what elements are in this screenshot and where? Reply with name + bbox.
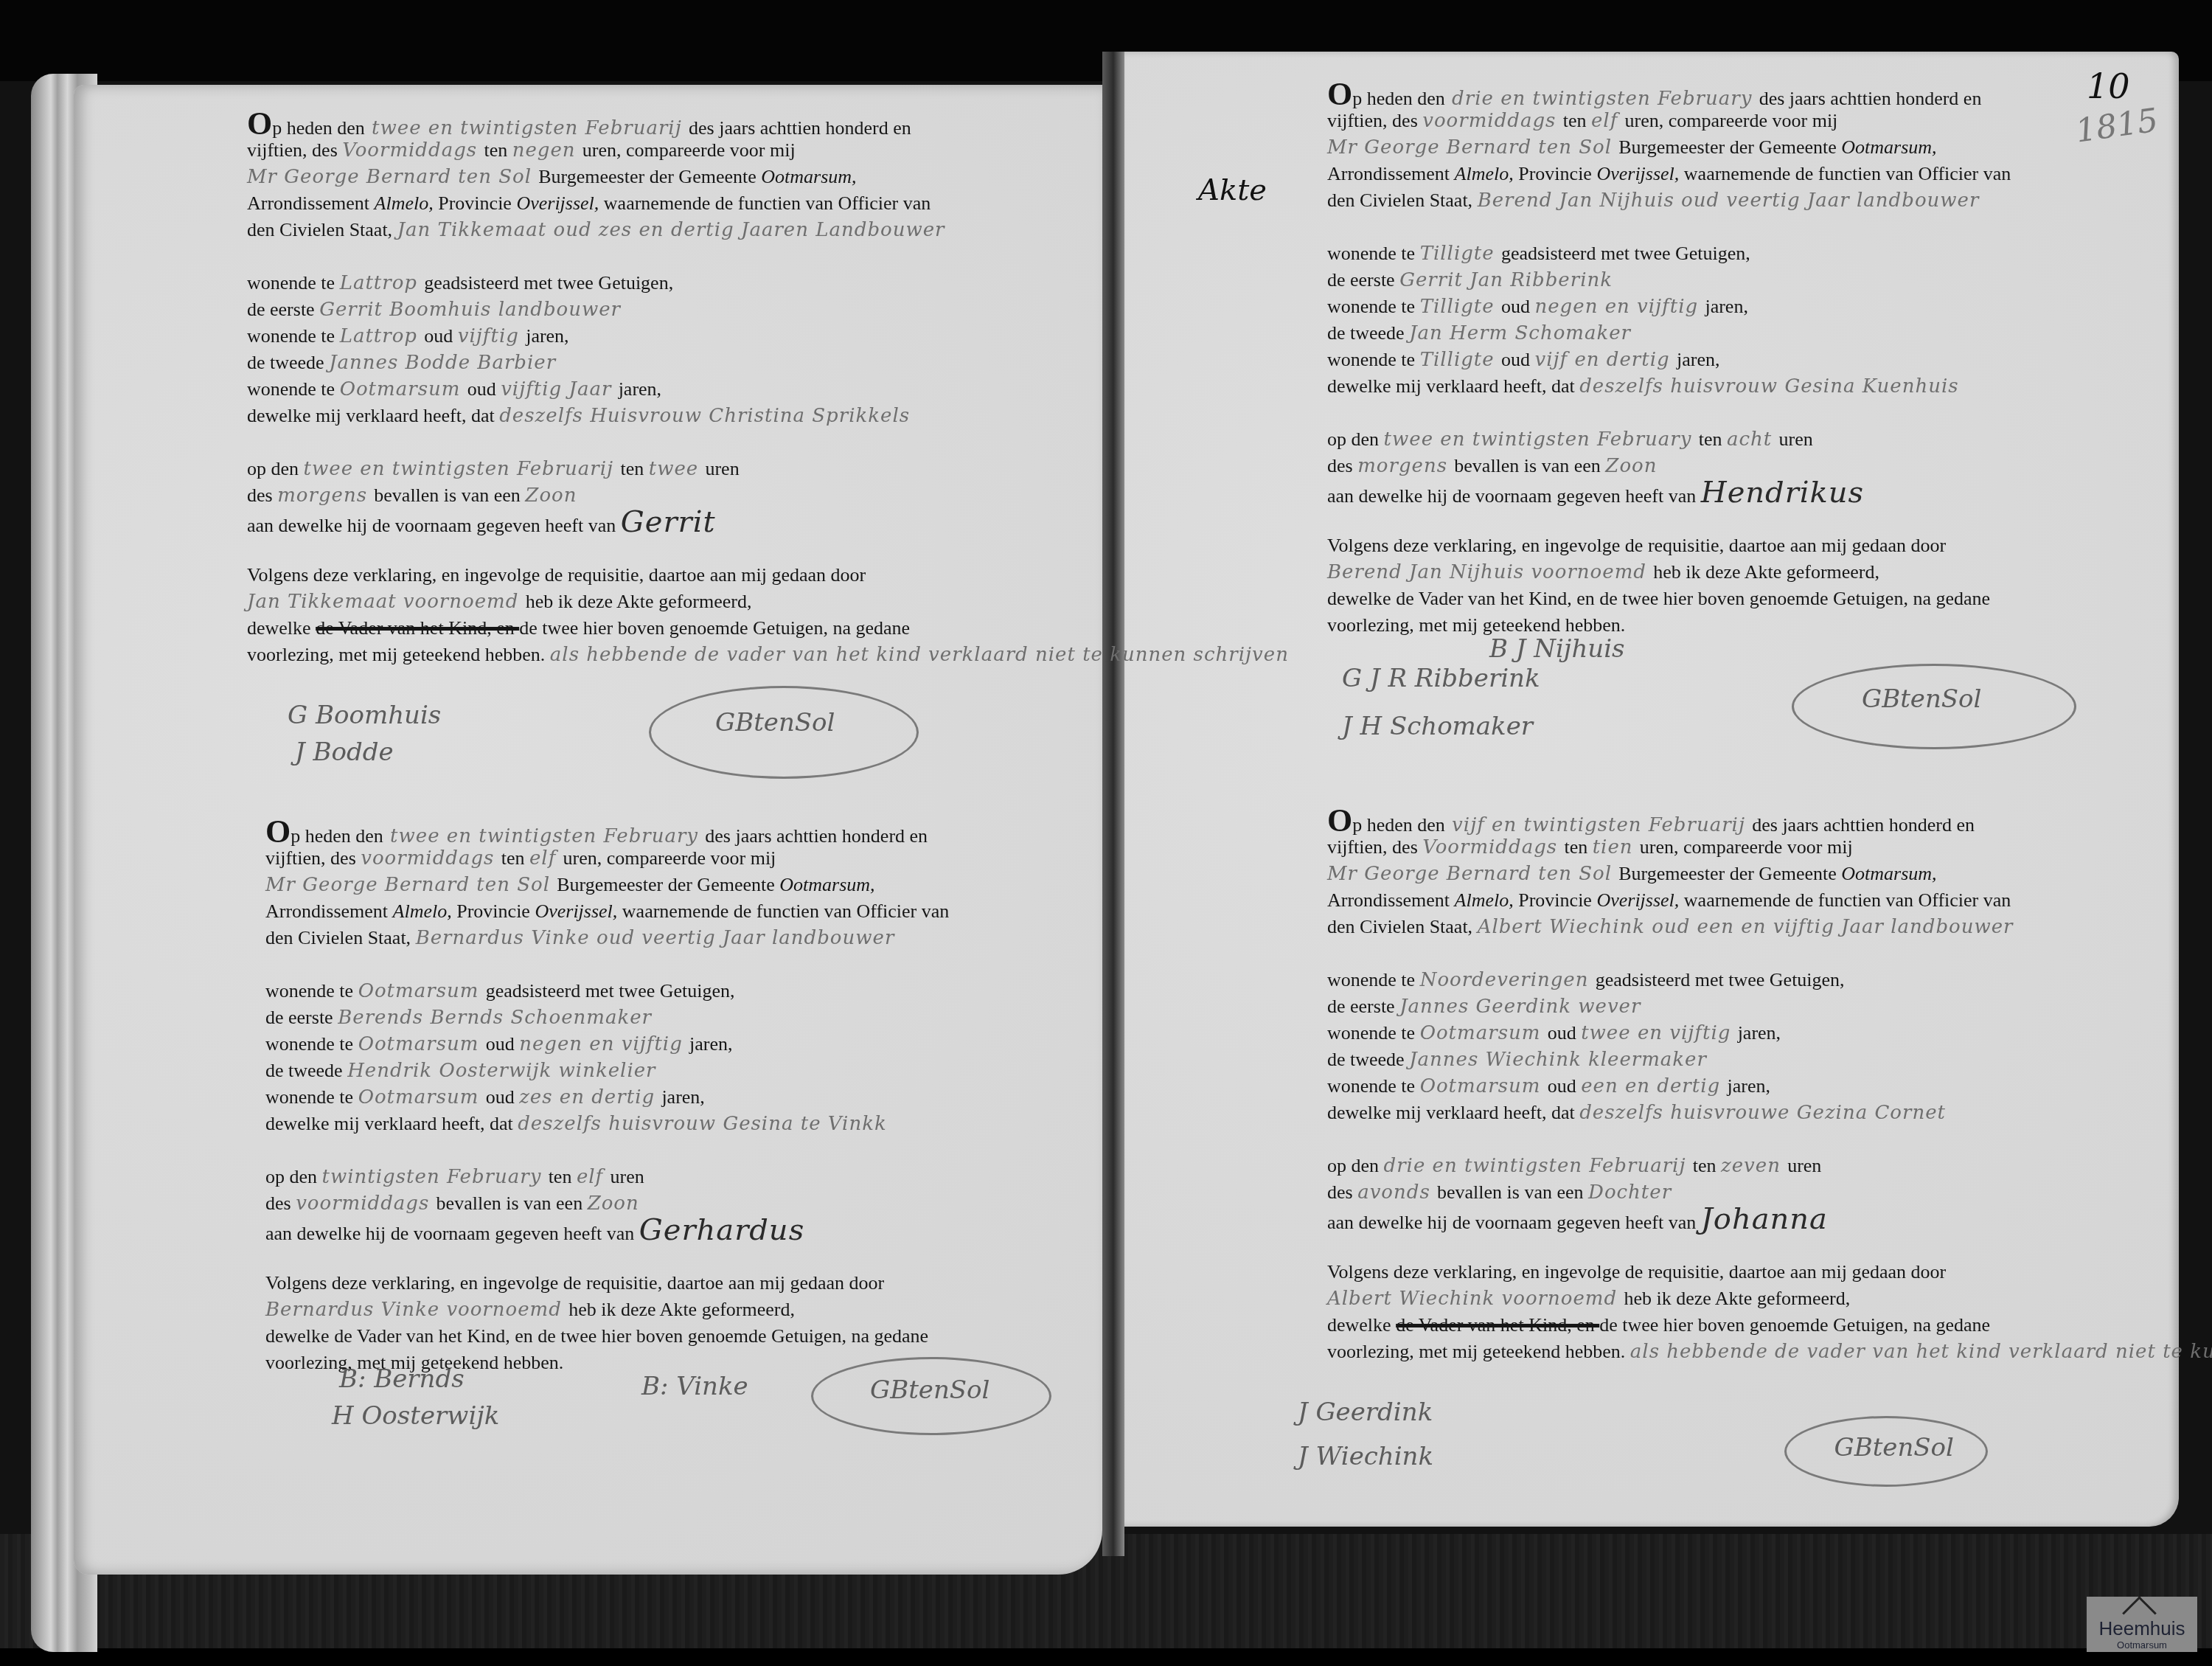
form-line: wonende te Tilligte geadsisteerd met twe…	[1327, 240, 2011, 267]
printed-text: jaren,	[661, 1086, 704, 1108]
printed-text: de eerste	[247, 299, 319, 320]
witness2-field: Hendrik Oosterwijk winkelier	[347, 1060, 655, 1082]
child-sex-field: Zoon	[1605, 455, 1657, 477]
form-line: aan dewelke hij de voornaam gegeven heef…	[1327, 479, 2011, 506]
mother-field: deszelfs Huisvrouw Christina Sprikkels	[499, 405, 910, 427]
witness1-age: negen en vijftig	[519, 1033, 689, 1055]
printed-text: wonende te	[247, 272, 340, 294]
witness2-residence: Ootmarsum	[358, 1086, 486, 1108]
mother-field: deszelfs huisvrouw Gesina Kuenhuis	[1579, 375, 1958, 398]
printed-text: aan dewelke hij de voornaam	[265, 1223, 495, 1244]
printed-text: Volgens deze verklaring, en ingevolge de…	[265, 1272, 884, 1294]
requisition-field: Bernardus Vinke voornoemd	[265, 1299, 568, 1321]
form-line	[247, 429, 1289, 456]
arrondissement: Almelo,	[1455, 163, 1519, 184]
municipality: Ootmarsum,	[1841, 863, 1936, 884]
birth-hour-field: acht	[1727, 428, 1779, 451]
printed-text: gegeven heeft van	[1557, 485, 1701, 507]
father-clause: de Vader van het Kind, en	[334, 1325, 538, 1347]
form-line: Albert Wiechink voornoemd heb ik deze Ak…	[1327, 1285, 2212, 1312]
form-line: Bernardus Vinke voornoemd heb ik deze Ak…	[265, 1297, 949, 1323]
printed-text: des	[1327, 455, 1357, 476]
printed-text: vijftien, des	[1327, 836, 1422, 858]
printed-text: bevallen is van een	[1454, 455, 1605, 476]
father-clause: de Vader van het Kind, en	[316, 617, 519, 639]
child-sex-field: Zoon	[525, 485, 577, 507]
witness1-residence: Ootmarsum	[1420, 1022, 1548, 1044]
printed-text: voorlezing, met mij geteekend hebben.	[1327, 1341, 1630, 1362]
witness2-age: zes en dertig	[519, 1086, 661, 1108]
witness2-residence: Ootmarsum	[1420, 1075, 1548, 1097]
form-line: wonende te Ootmarsum oud zes en dertig j…	[265, 1084, 949, 1111]
printed-text: oud	[486, 1033, 520, 1055]
form-line: den Civielen Staat, Berend Jan Nijhuis o…	[1327, 187, 2011, 214]
birth-time-of-day: voormiddags	[296, 1193, 436, 1215]
printed-text: waarnemende de functien van Officier van	[622, 900, 949, 922]
printed-text: wonende te	[1327, 243, 1420, 264]
form-line: Mr George Bernard ten Sol Burgemeester d…	[247, 164, 1289, 190]
printed-text: ten	[1564, 836, 1592, 858]
requisition-field: Jan Tikkemaat voornoemd	[247, 591, 526, 613]
witness2-age: vijf en dertig	[1534, 349, 1676, 371]
birth-hour-field: twee	[649, 458, 706, 480]
printed-text: uren	[1787, 1155, 1821, 1176]
mayor-signature: GBtenSol	[715, 708, 835, 737]
form-line: Berend Jan Nijhuis voornoemd heb ik deze…	[1327, 559, 2011, 586]
printed-text: ten	[501, 847, 529, 869]
printed-text: uren	[705, 458, 739, 479]
printed-text: op den	[265, 1166, 322, 1187]
printed-text: Burgemeester der Gemeente	[1618, 136, 1841, 158]
printed-text: geadsisteerd met twee Getuigen,	[1501, 243, 1750, 264]
form-line: Arrondissement Almelo, Provincie Overijs…	[1327, 161, 2011, 187]
printed-text: oud	[486, 1086, 520, 1108]
drop-cap: O	[1327, 802, 1352, 839]
printed-text: de eerste	[1327, 269, 1399, 291]
printed-text: den Civielen Staat,	[265, 927, 416, 948]
printed-text: waarnemende de functien van Officier van	[1684, 163, 2011, 184]
witness-signature: G J R Ribberink	[1342, 664, 1540, 693]
printed-text: voorlezing, met mij geteekend hebben.	[1327, 614, 1625, 636]
form-line: Arrondissement Almelo, Provincie Overijs…	[247, 190, 1289, 217]
birth-date-field: twintigsten February	[322, 1166, 549, 1188]
printed-text: op den	[1327, 428, 1384, 450]
witness-signature: H Oosterwijk	[332, 1401, 499, 1431]
declarant-field: Albert Wiechink oud een en vijftig Jaar …	[1478, 916, 2014, 938]
birth-time-of-day: avonds	[1357, 1181, 1437, 1204]
printed-text: oud	[1548, 1022, 1582, 1044]
printed-text: uren, compareerde voor mij	[582, 139, 796, 161]
printed-text: Provincie	[1518, 163, 1596, 184]
birth-hour-field: elf	[577, 1166, 611, 1188]
witness2-field: Jan Herm Schomaker	[1409, 322, 1631, 344]
form-line: dewelke de Vader van het Kind, en de twe…	[247, 615, 1289, 642]
printed-text: gegeven heeft van	[1557, 1212, 1701, 1233]
birth-time-of-day: morgens	[1357, 455, 1454, 477]
printed-text: ten	[484, 139, 512, 161]
form-line: Op heden den vijf en twintigsten Februar…	[1327, 808, 2212, 834]
bottom-border	[0, 1648, 2212, 1666]
printed-text: des jaars achttien honderd en	[705, 825, 928, 847]
printed-text: p heden den	[291, 825, 383, 847]
form-line: aan dewelke hij de voornaam gegeven heef…	[247, 509, 1289, 535]
printed-text: Volgens deze verklaring, en ingevolge de…	[247, 564, 866, 586]
witness2-age: een en dertig	[1581, 1075, 1727, 1097]
witness-signature: G Boomhuis	[288, 701, 441, 730]
birth-record-3: Op heden den drie en twintigsten Februar…	[1327, 81, 2011, 639]
mayor-signature: GBtenSol	[870, 1375, 990, 1405]
printed-text: Volgens deze verklaring, en ingevolge de…	[1327, 535, 1946, 556]
printed-text: de twee hier boven genoemde Getuigen, na…	[1599, 588, 1990, 609]
date-field: vijf en twintigsten Februarij	[1445, 814, 1752, 836]
printed-text: wonende te	[1327, 1075, 1420, 1097]
witness1-residence: Lattrop	[340, 325, 425, 347]
witness-signature: B J Nijhuis	[1489, 634, 1625, 664]
form-line: Op heden den twee en twintigsten Februar…	[265, 819, 949, 845]
printed-text: aan dewelke hij de voornaam	[247, 515, 476, 536]
form-line: dewelke de Vader van het Kind, en de twe…	[1327, 1312, 2212, 1339]
form-line: dewelke mij verklaard heeft, dat deszelf…	[265, 1111, 949, 1137]
printed-text: dewelke mij verklaard heeft, dat	[1327, 375, 1579, 397]
form-line: de tweede Jannes Wiechink kleermaker	[1327, 1047, 2212, 1073]
printed-text: wonende te	[247, 325, 340, 347]
printed-text: wonende te	[265, 1033, 358, 1055]
printed-text: de eerste	[1327, 996, 1399, 1017]
printed-text: waarnemende de functien van Officier van	[1684, 889, 2011, 911]
form-line: des morgens bevallen is van een Zoon	[247, 482, 1289, 509]
birth-time-of-day: morgens	[277, 485, 374, 507]
note-field: als hebbende de vader van het kind verkl…	[1630, 1341, 2212, 1363]
printed-text: oud	[424, 325, 458, 347]
form-line: den Civielen Staat, Jan Tikkemaat oud ze…	[247, 217, 1289, 243]
printed-text: Arrondissement	[247, 192, 375, 214]
form-line: Mr George Bernard ten Sol Burgemeester d…	[1327, 861, 2212, 887]
form-line: de eerste Gerrit Boomhuis landbouwer	[247, 296, 1289, 323]
printed-text: des jaars achttien honderd en	[1752, 814, 1975, 836]
printed-text: dewelke	[1327, 588, 1396, 609]
form-line: de tweede Hendrik Oosterwijk winkelier	[265, 1058, 949, 1084]
arrondissement: Almelo,	[375, 192, 439, 214]
witness1-field: Gerrit Jan Ribberink	[1399, 269, 1613, 291]
form-line: dewelke de Vader van het Kind, en de twe…	[265, 1323, 949, 1350]
witness1-age: negen en vijftig	[1534, 296, 1705, 318]
form-line: wonende te Lattrop oud vijftig jaren,	[247, 323, 1289, 350]
arrondissement: Almelo,	[1455, 889, 1519, 911]
printed-text: gegeven heeft van	[495, 1223, 639, 1244]
form-line: wonende te Lattrop geadsisteerd met twee…	[247, 270, 1289, 296]
form-line: wonende te Tilligte oud vijf en dertig j…	[1327, 347, 2011, 373]
hour-field: elf	[529, 847, 563, 870]
child-sex-field: Zoon	[588, 1193, 639, 1215]
child-name-field: Gerhardus	[639, 1213, 804, 1247]
witness2-field: Jannes Wiechink kleermaker	[1409, 1049, 1707, 1071]
residence-field: Lattrop	[340, 272, 425, 294]
form-line: de tweede Jannes Bodde Barbier	[247, 350, 1289, 376]
witness-signature: B: Vinke	[641, 1372, 748, 1401]
witness-signature: J Wiechink	[1298, 1442, 1433, 1471]
printed-text: dewelke	[265, 1325, 334, 1347]
drop-cap: O	[247, 105, 272, 142]
printed-text: ten	[1699, 428, 1727, 450]
printed-text: oud	[467, 378, 501, 400]
date-field: twee en twintigsten February	[383, 825, 705, 847]
municipality: Ootmarsum,	[761, 166, 856, 187]
printed-text: dewelke mij verklaard heeft, dat	[247, 405, 499, 426]
declarant-field: Berend Jan Nijhuis oud veertig Jaar land…	[1478, 190, 1980, 212]
form-line	[1327, 214, 2011, 240]
printed-text: den Civielen Staat,	[1327, 916, 1478, 937]
printed-text: uren	[1779, 428, 1813, 450]
printed-text: heb ik deze Akte geformeerd,	[526, 591, 752, 612]
form-line: voorlezing, met mij geteekend hebben. al…	[1327, 1339, 2212, 1365]
printed-text: den Civielen Staat,	[1327, 190, 1478, 211]
printed-text: voorlezing, met mij geteekend hebben.	[247, 644, 550, 665]
printed-text: dewelke mij verklaard heeft, dat	[1327, 1102, 1579, 1123]
printed-text: des jaars achttien honderd en	[689, 117, 911, 139]
birth-date-field: twee en twintigsten February	[1384, 428, 1699, 451]
printed-text: uren	[610, 1166, 644, 1187]
printed-text: aan dewelke hij de voornaam	[1327, 485, 1557, 507]
printed-text: des	[247, 485, 277, 506]
printed-text: oud	[1501, 296, 1535, 317]
form-line: des voormiddags bevallen is van een Zoon	[265, 1190, 949, 1217]
printed-text: dewelke	[1327, 1314, 1396, 1336]
father-clause: de Vader van het Kind, en	[1396, 1314, 1599, 1336]
printed-text: den Civielen Staat,	[247, 219, 397, 240]
printed-text: uren, compareerde voor mij	[563, 847, 776, 869]
printed-text: uren, compareerde voor mij	[1625, 110, 1838, 131]
form-line: den Civielen Staat, Albert Wiechink oud …	[1327, 914, 2212, 940]
printed-text: aan dewelke hij de voornaam	[1327, 1212, 1557, 1233]
form-line: voorlezing, met mij geteekend hebben.	[1327, 612, 2011, 639]
hour-field: elf	[1591, 110, 1625, 132]
birth-record-4: Op heden den vijf en twintigsten Februar…	[1327, 808, 2212, 1365]
printed-text: Provincie	[1518, 889, 1596, 911]
form-line: de eerste Gerrit Jan Ribberink	[1327, 267, 2011, 294]
form-line: wonende te Ootmarsum oud een en dertig j…	[1327, 1073, 2212, 1100]
witness1-residence: Ootmarsum	[358, 1033, 486, 1055]
form-line	[265, 1137, 949, 1164]
arrondissement: Almelo,	[393, 900, 457, 922]
printed-text: Arrondissement	[265, 900, 393, 922]
child-sex-field: Dochter	[1588, 1181, 1672, 1204]
form-line: vijftien, des Voormiddags ten negen uren…	[247, 137, 1289, 164]
printed-text: uren, compareerde voor mij	[1640, 836, 1853, 858]
printed-text: Arrondissement	[1327, 163, 1455, 184]
printed-text: oud	[1501, 349, 1535, 370]
witness1-field: Berends Bernds Schoenmaker	[338, 1007, 652, 1029]
official-field: Mr George Bernard ten Sol	[1327, 863, 1618, 885]
province: Overijssel,	[1596, 163, 1683, 184]
form-line: wonende te Ootmarsum oud twee en vijftig…	[1327, 1020, 2212, 1047]
birth-record-1: Op heden den twee en twintigsten Februar…	[247, 111, 1289, 668]
municipality: Ootmarsum,	[1841, 136, 1936, 158]
form-line	[265, 1243, 949, 1270]
printed-text: jaren,	[526, 325, 568, 347]
printed-text: bevallen is van een	[374, 485, 525, 506]
printed-text: de twee hier boven genoemde Getuigen, na…	[538, 1325, 928, 1347]
form-line: wonende te Tilligte oud negen en vijftig…	[1327, 294, 2011, 320]
witness2-field: Jannes Bodde Barbier	[329, 352, 556, 374]
printed-text: heb ik deze Akte geformeerd,	[1653, 561, 1879, 583]
form-line: de tweede Jan Herm Schomaker	[1327, 320, 2011, 347]
printed-text: heb ik deze Akte geformeerd,	[568, 1299, 795, 1320]
printed-text: op den	[1327, 1155, 1384, 1176]
printed-text: p heden den	[1352, 814, 1445, 836]
residence-field: Ootmarsum	[358, 980, 486, 1002]
witness1-age: vijftig	[458, 325, 526, 347]
printed-text: wonende te	[1327, 349, 1420, 370]
form-line	[1327, 940, 2212, 967]
printed-text: de tweede	[1327, 1049, 1409, 1070]
declarant-field: Bernardus Vinke oud veertig Jaar landbou…	[416, 927, 895, 949]
child-name-field: Gerrit	[621, 505, 716, 539]
printed-text: de twee hier boven genoemde Getuigen, na…	[519, 617, 910, 639]
printed-text: geadsisteerd met twee Getuigen,	[424, 272, 673, 294]
form-line	[1327, 506, 2011, 532]
witness2-age: vijftig Jaar	[501, 378, 618, 400]
form-line	[247, 243, 1289, 270]
form-line: de eerste Jannes Geerdink wever	[1327, 993, 2212, 1020]
printed-text: waarnemende de functien van Officier van	[604, 192, 931, 214]
hour-field: negen	[512, 139, 582, 162]
printed-text: ten	[1693, 1155, 1721, 1176]
time-of-day-field: voormiddags	[361, 847, 501, 870]
printed-text: jaren,	[1738, 1022, 1781, 1044]
printed-text: wonende te	[1327, 1022, 1420, 1044]
printed-text: de tweede	[265, 1060, 347, 1081]
residence-field: Tilligte	[1420, 243, 1501, 265]
official-field: Mr George Bernard ten Sol	[247, 166, 538, 188]
form-line: Arrondissement Almelo, Provincie Overijs…	[1327, 887, 2212, 914]
form-line: des morgens bevallen is van een Zoon	[1327, 453, 2011, 479]
form-line: voorlezing, met mij geteekend hebben. al…	[247, 642, 1289, 668]
drop-cap: O	[1327, 76, 1352, 112]
printed-text: ten	[620, 458, 648, 479]
form-line: op den twee en twintigsten February ten …	[1327, 426, 2011, 453]
form-line: Op heden den twee en twintigsten Februar…	[247, 111, 1289, 137]
mother-field: deszelfs huisvrouwe Gezina Cornet	[1579, 1102, 1946, 1124]
form-line	[1327, 400, 2011, 426]
form-line: wonende te Ootmarsum oud vijftig Jaar ja…	[247, 376, 1289, 403]
form-line: dewelke mij verklaard heeft, dat deszelf…	[1327, 1100, 2212, 1126]
form-line	[247, 535, 1289, 562]
printed-text: vijftien, des	[247, 139, 342, 161]
printed-text: Burgemeester der Gemeente	[1618, 863, 1841, 884]
printed-text: de tweede	[247, 352, 329, 373]
province: Overijssel,	[1596, 889, 1683, 911]
printed-text: gegeven heeft van	[476, 515, 621, 536]
witness1-age: twee en vijftig	[1581, 1022, 1738, 1044]
printed-text: jaren,	[619, 378, 661, 400]
heemhuis-logo: Heemhuis Ootmarsum	[2087, 1597, 2197, 1652]
witness2-residence: Tilligte	[1420, 349, 1501, 371]
printed-text: ten	[549, 1166, 577, 1187]
mother-field: deszelfs huisvrouw Gesina te Vinkk	[518, 1113, 887, 1135]
printed-text: bevallen is van een	[1437, 1181, 1588, 1203]
form-line: de eerste Berends Bernds Schoenmaker	[265, 1004, 949, 1031]
printed-text: Burgemeester der Gemeente	[538, 166, 761, 187]
page-number: 10	[2087, 66, 2130, 106]
form-line: op den twintigsten February ten elf uren	[265, 1164, 949, 1190]
form-line: vijftien, des voormiddags ten elf uren, …	[1327, 108, 2011, 134]
printed-text: Arrondissement	[1327, 889, 1455, 911]
printed-text: wonende te	[265, 980, 358, 1002]
printed-text: vijftien, des	[1327, 110, 1422, 131]
witness-signature: J H Schomaker	[1342, 712, 1533, 741]
printed-text: jaren,	[1705, 296, 1747, 317]
witness2-residence: Ootmarsum	[340, 378, 467, 400]
official-field: Mr George Bernard ten Sol	[1327, 136, 1618, 159]
printed-text: des	[1327, 1181, 1357, 1203]
printed-text: p heden den	[1352, 88, 1445, 109]
form-line: op den drie en twintigsten Februarij ten…	[1327, 1153, 2212, 1179]
child-name-field: Hendrikus	[1701, 476, 1864, 510]
residence-field: Noordeveringen	[1420, 969, 1596, 991]
form-line	[1327, 1232, 2212, 1259]
requisition-field: Albert Wiechink voornoemd	[1327, 1288, 1624, 1310]
form-line: dewelke mij verklaard heeft, dat deszelf…	[247, 403, 1289, 429]
printed-text: ten	[1563, 110, 1591, 131]
printed-text: de tweede	[1327, 322, 1409, 344]
form-line	[265, 951, 949, 978]
printed-text: des jaars achttien honderd en	[1759, 88, 1982, 109]
mayor-signature: GBtenSol	[1862, 684, 1981, 714]
form-line: wonende te Ootmarsum geadsisteerd met tw…	[265, 978, 949, 1004]
birth-hour-field: zeven	[1721, 1155, 1787, 1177]
printed-text: jaren,	[1677, 349, 1719, 370]
form-line: aan dewelke hij de voornaam gegeven heef…	[265, 1217, 949, 1243]
printed-text: heb ik deze Akte geformeerd,	[1624, 1288, 1850, 1309]
birth-date-field: drie en twintigsten Februarij	[1384, 1155, 1693, 1177]
printed-text: wonende te	[247, 378, 340, 400]
requisition-field: Berend Jan Nijhuis voornoemd	[1327, 561, 1653, 583]
date-field: twee en twintigsten Februarij	[365, 117, 689, 139]
form-line: vijftien, des voormiddags ten elf uren, …	[265, 845, 949, 872]
printed-text: Provincie	[456, 900, 535, 922]
municipality: Ootmarsum,	[779, 874, 874, 895]
printed-text: Burgemeester der Gemeente	[557, 874, 779, 895]
date-field: drie en twintigsten February	[1445, 88, 1759, 110]
form-line: den Civielen Staat, Bernardus Vinke oud …	[265, 925, 949, 951]
form-line	[1327, 1126, 2212, 1153]
printed-text: Volgens deze verklaring, en ingevolge de…	[1327, 1261, 1946, 1283]
form-line: wonende te Ootmarsum oud negen en vijfti…	[265, 1031, 949, 1058]
mayor-signature: GBtenSol	[1834, 1433, 1954, 1462]
father-clause: de Vader van het Kind, en	[1396, 588, 1599, 609]
form-line: Volgens deze verklaring, en ingevolge de…	[247, 562, 1289, 589]
printed-text: wonende te	[1327, 969, 1420, 990]
printed-text: de eerste	[265, 1007, 338, 1028]
drop-cap: O	[265, 813, 291, 850]
province: Overijssel,	[535, 900, 622, 922]
province: Overijssel,	[516, 192, 603, 214]
printed-text: jaren,	[1727, 1075, 1770, 1097]
form-line: dewelke de Vader van het Kind, en de twe…	[1327, 586, 2011, 612]
note-field: als hebbende de vader van het kind verkl…	[550, 644, 1289, 666]
printed-text: geadsisteerd met twee Getuigen,	[486, 980, 735, 1002]
printed-text: Provincie	[438, 192, 516, 214]
form-line: aan dewelke hij de voornaam gegeven heef…	[1327, 1206, 2212, 1232]
form-line: Volgens deze verklaring, en ingevolge de…	[1327, 532, 2011, 559]
printed-text: geadsisteerd met twee Getuigen,	[1596, 969, 1845, 990]
birth-record-2: Op heden den twee en twintigsten Februar…	[265, 819, 949, 1376]
form-line: Op heden den drie en twintigsten Februar…	[1327, 81, 2011, 108]
time-of-day-field: Voormiddags	[342, 139, 484, 162]
witness-signature: J Bodde	[295, 737, 394, 767]
birth-date-field: twee en twintigsten Februarij	[304, 458, 621, 480]
printed-text: vijftien, des	[265, 847, 361, 869]
